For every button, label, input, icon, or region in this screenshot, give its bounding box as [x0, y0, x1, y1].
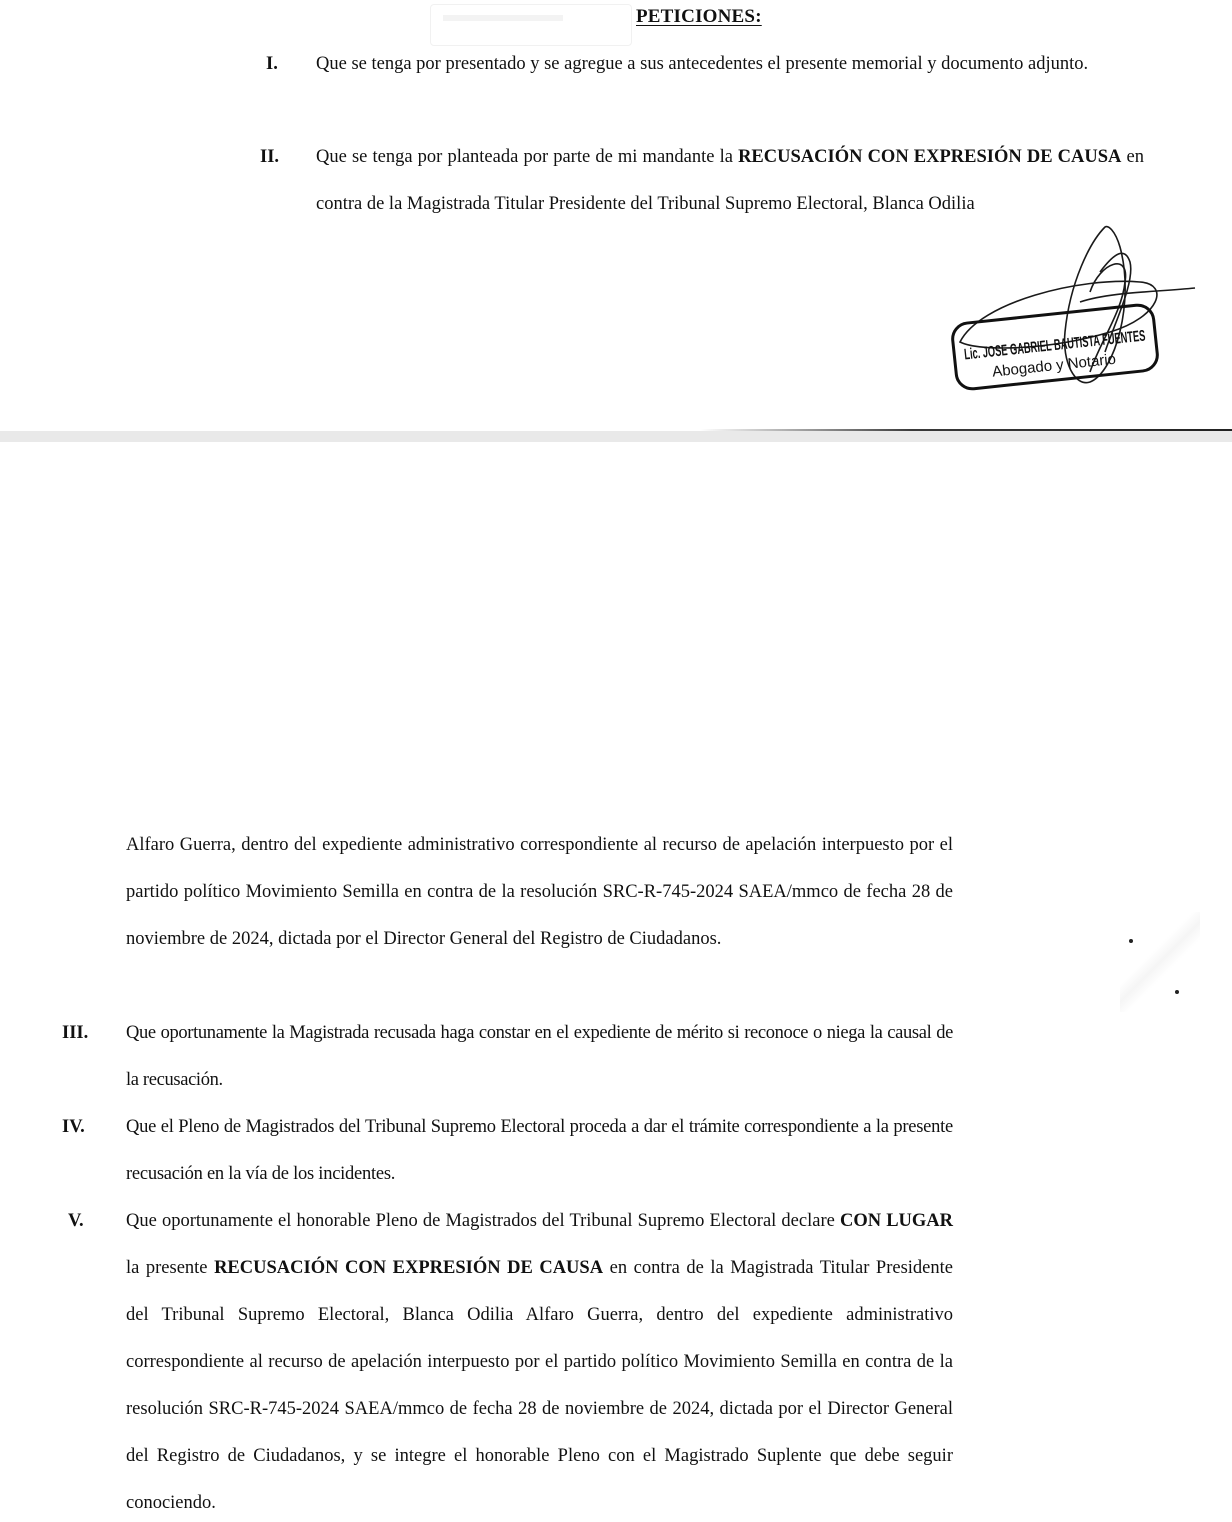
petition-numeral-5: V.: [68, 1198, 84, 1245]
petition-text-1: Que se tenga por presentado y se agregue…: [316, 41, 1144, 88]
petition-text-5: Que oportunamente el honorable Pleno de …: [126, 1198, 953, 1522]
petition-numeral-4: IV.: [62, 1104, 85, 1151]
scan-speck: [1129, 939, 1133, 943]
petition-text-2: Que se tenga por planteada por parte de …: [316, 134, 1144, 228]
scan-smudge: [1120, 912, 1200, 1012]
petition-text-4: Que el Pleno de Magistrados del Tribunal…: [126, 1104, 953, 1198]
petition-text-3: Que oportunamente la Magistrada recusada…: [126, 1010, 953, 1104]
petition-text-2-continuation: Alfaro Guerra, dentro del expediente adm…: [126, 822, 953, 963]
section-heading: PETICIONES:: [636, 6, 762, 28]
petition-2-bold-recusacion: RECUSACIÓN CON EXPRESIÓN DE CAUSA: [738, 147, 1121, 167]
petition-2-text-start: Que se tenga por planteada por parte de …: [316, 147, 738, 167]
petition-5-text-start: Que oportunamente el honorable Pleno de …: [126, 1211, 840, 1231]
page-separator: [0, 431, 1232, 442]
petition-numeral-3: III.: [62, 1010, 88, 1057]
petition-5-bold-recusacion: RECUSACIÓN CON EXPRESIÓN DE CAUSA: [214, 1258, 603, 1278]
document-page-top: PETICIONES: I. Que se tenga por presenta…: [0, 0, 1232, 431]
petition-numeral-2: II.: [260, 134, 279, 181]
faint-bleedthrough-stamp: [430, 4, 632, 46]
lawyer-stamp: Lic. JOSE GABRIEL BAUTISTA FUENTES Aboga…: [951, 304, 1159, 391]
petition-5-text-mid: la presente: [126, 1258, 214, 1278]
petition-5-text-end: en contra de la Magistrada Titular Presi…: [126, 1258, 953, 1513]
scan-speck: [1175, 990, 1179, 994]
signature-stamp: Lic. JOSE GABRIEL BAUTISTA FUENTES Aboga…: [940, 222, 1210, 402]
petition-5-bold-con-lugar: CON LUGAR: [840, 1211, 953, 1231]
petition-numeral-1: I.: [266, 41, 278, 88]
